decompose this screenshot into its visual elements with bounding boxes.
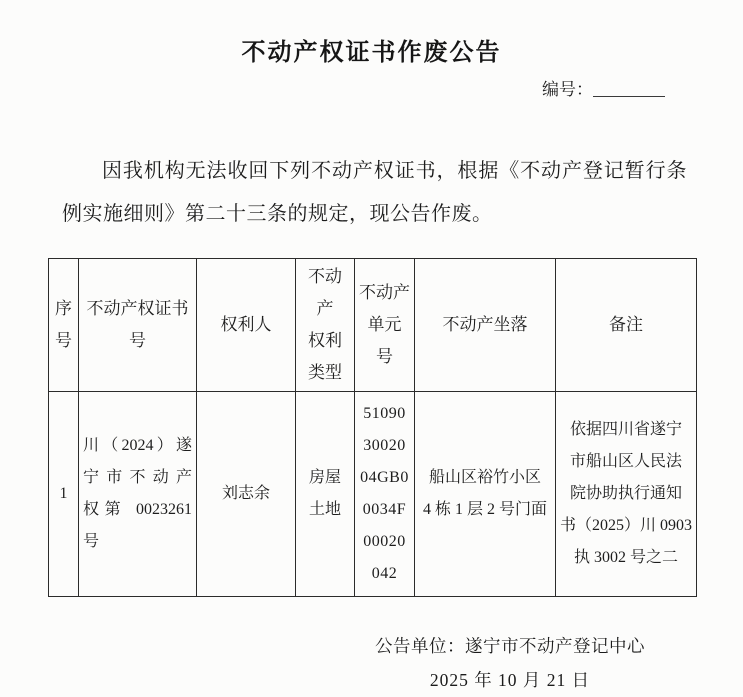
number-label: 编号： [542,80,593,99]
cell-remark: 依据四川省遂宁 市船山区人民法 院协助执行通知 书（2025）川 0903 执 … [556,392,697,597]
number-row: 编号： [0,78,743,102]
issuer-name: 遂宁市不动产登记中心 [465,636,645,656]
document-page: 不动产权证书作废公告 编号： 因我机构无法收回下列不动产权证书，根据《不动产登记… [0,0,743,697]
number-blank-line [593,96,665,97]
col-header-holder: 权利人 [197,259,296,392]
cell-unit-no: 51090 30020 04GB0 0034F 00020 042 [355,392,415,597]
cell-holder: 刘志余 [197,392,296,597]
col-header-right-type: 不动产 权利 类型 [296,259,355,392]
date-line: 2025 年 10 月 21 日 [430,665,590,695]
page-title: 不动产权证书作废公告 [0,38,743,68]
col-header-certificate-no: 不动产权证书 号 [79,259,197,392]
cell-certificate-no: 川（2024）遂 宁市不动产 权第 0023261 号 [79,392,197,597]
col-header-remark: 备注 [556,259,697,392]
certificates-table: 序 号 不动产权证书 号 权利人 不动产 权利 类型 不动产 单元 号 不动产坐… [48,258,697,597]
table-header-row: 序 号 不动产权证书 号 权利人 不动产 权利 类型 不动产 单元 号 不动产坐… [49,259,697,392]
issuer-label: 公告单位： [375,636,465,656]
table-row: 1 川（2024）遂 宁市不动产 权第 0023261 号 刘志余 房屋 土地 … [49,392,697,597]
col-header-location: 不动产坐落 [415,259,556,392]
body-line-2: 例实施细则》第二十三条的规定，现公告作废。 [62,193,687,236]
cell-right-type: 房屋 土地 [296,392,355,597]
col-header-seq: 序 号 [49,259,79,392]
cell-location: 船山区裕竹小区 4 栋 1 层 2 号门面 [415,392,556,597]
body-paragraph: 因我机构无法收回下列不动产权证书，根据《不动产登记暂行条 例实施细则》第二十三条… [62,150,687,236]
col-header-unit-no: 不动产 单元 号 [355,259,415,392]
footer: 公告单位：遂宁市不动产登记中心 2025 年 10 月 21 日 [375,631,645,695]
cell-seq: 1 [49,392,79,597]
body-line-1: 因我机构无法收回下列不动产权证书，根据《不动产登记暂行条 [62,150,687,193]
issuer-line: 公告单位：遂宁市不动产登记中心 [375,631,645,661]
